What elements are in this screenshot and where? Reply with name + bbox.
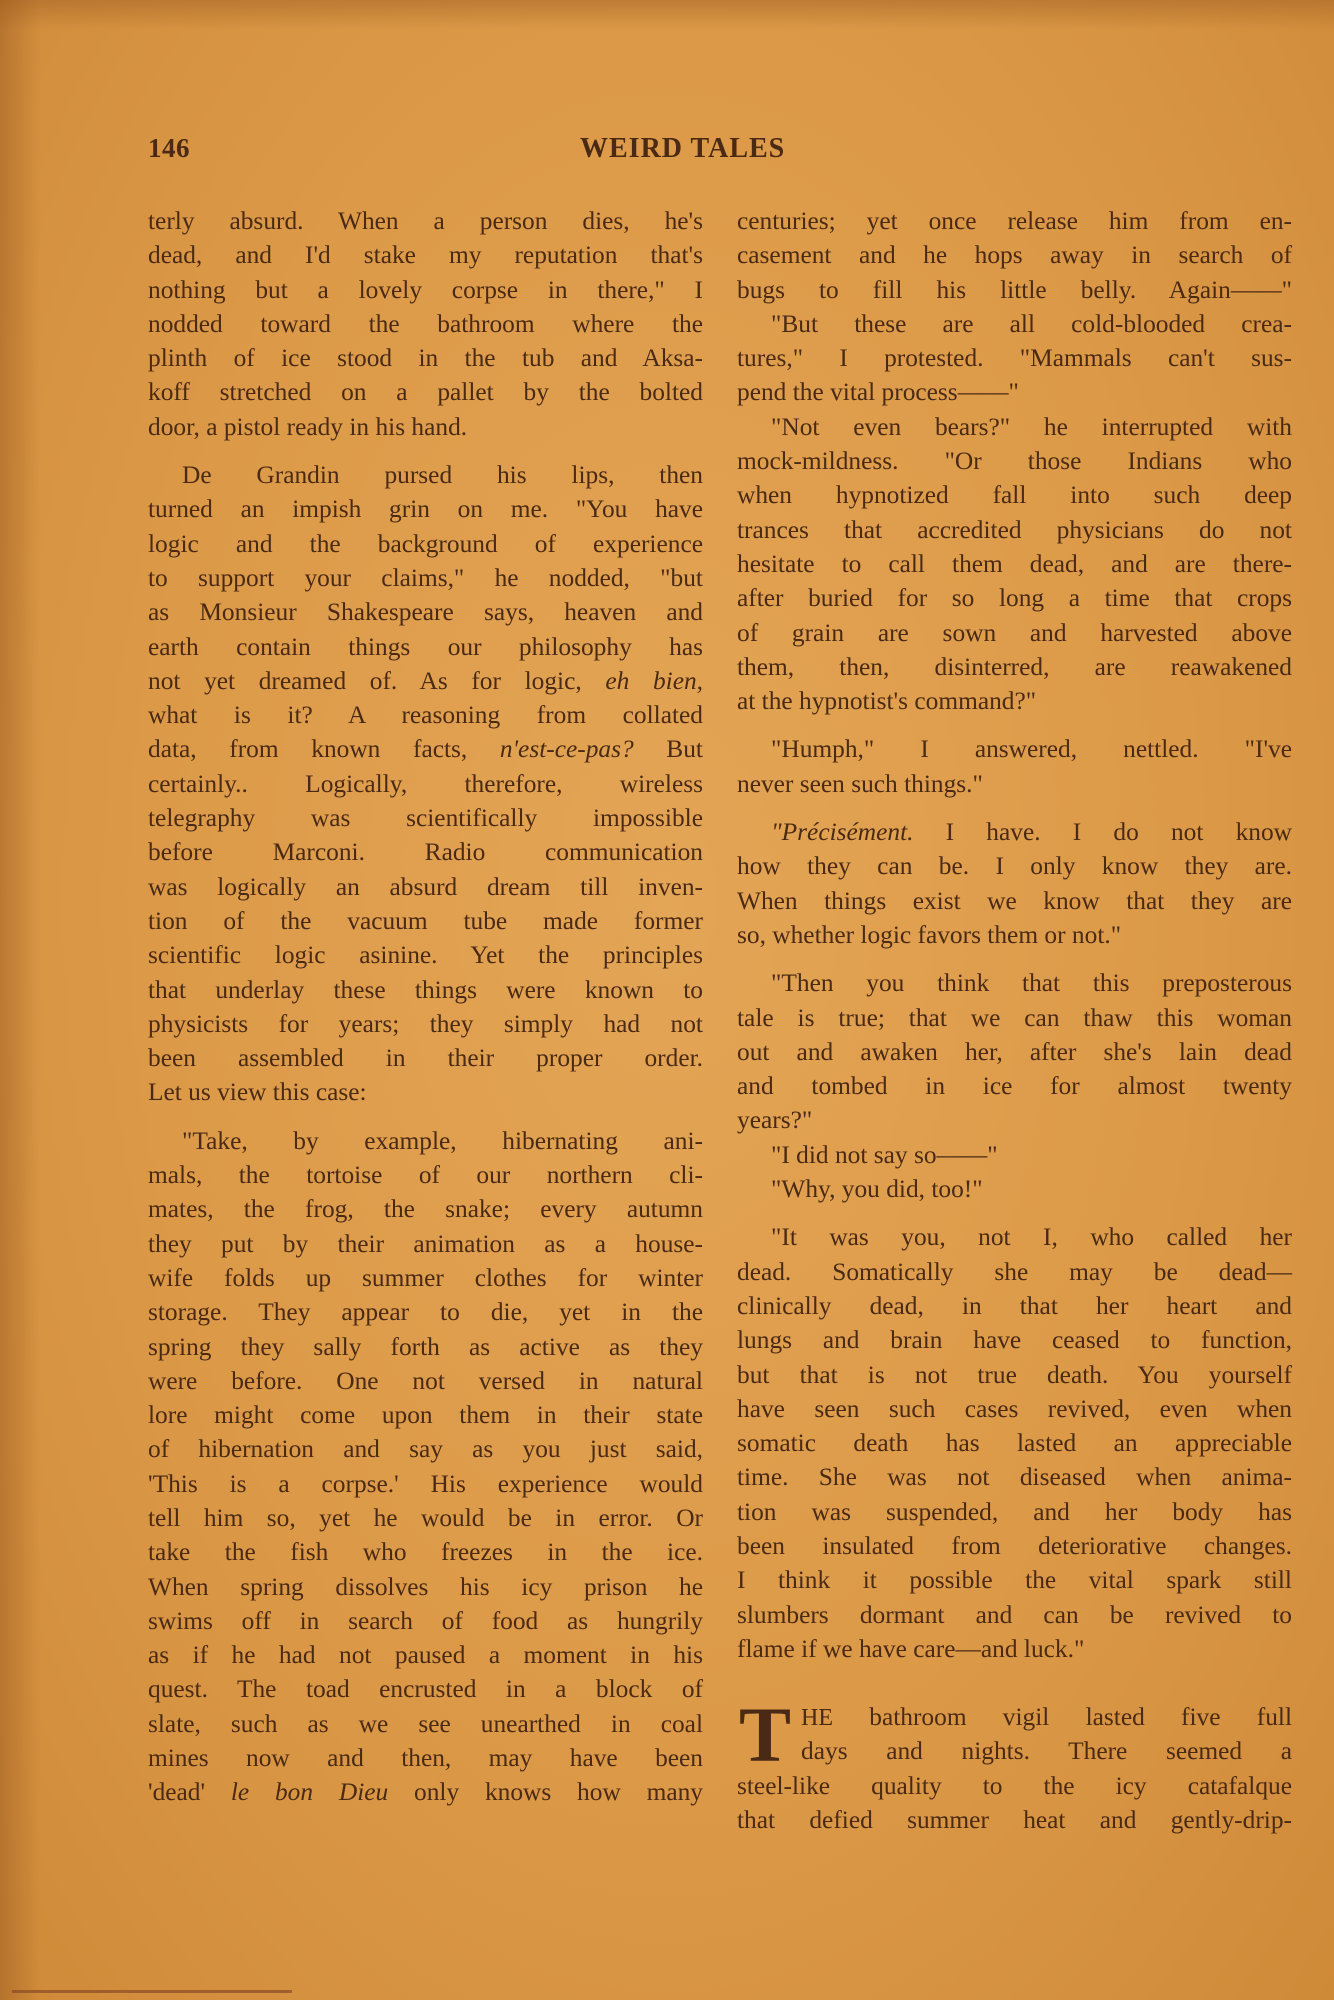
page-edge-shadow-left xyxy=(0,0,40,2000)
text-line: time. She was not diseased when anima- xyxy=(737,1460,1292,1494)
text-line: been assembled in their proper order. xyxy=(148,1041,703,1075)
text-line: but that is not true death. You yourself xyxy=(737,1358,1292,1392)
italic-phrase: le bon Dieu xyxy=(231,1778,388,1806)
text-line: mates, the frog, the snake; every autumn xyxy=(148,1192,703,1226)
text-line: mals, the tortoise of our northern cli- xyxy=(148,1158,703,1192)
text-line: nodded toward the bathroom where the xyxy=(148,307,703,341)
paragraph: "It was you, not I, who called her dead.… xyxy=(737,1220,1292,1666)
text-line: tale is true; that we can thaw this woma… xyxy=(737,1001,1292,1035)
text-line: have seen such cases revived, even when xyxy=(737,1392,1292,1426)
text-line: centuries; yet once release him from en- xyxy=(737,204,1292,238)
paragraph: "But these are all cold-blooded crea- tu… xyxy=(737,307,1292,410)
text-line: somatic death has lasted an appreciable xyxy=(737,1426,1292,1460)
text-line: hesitate to call them dead, and are ther… xyxy=(737,547,1292,581)
text-line: of grain are sown and harvested above xyxy=(737,616,1292,650)
text-line: telegraphy was scientifically impossible xyxy=(148,801,703,835)
text-line: they put by their animation as a house- xyxy=(148,1227,703,1261)
text-line: casement and he hops away in search of xyxy=(737,238,1292,272)
text-line: nothing but a lovely corpse in there," I xyxy=(148,273,703,307)
text-line: "I did not say so——" xyxy=(737,1138,1292,1172)
text-line: scientific logic asinine. Yet the princi… xyxy=(148,938,703,972)
text-line: De Grandin pursed his lips, then xyxy=(148,458,703,492)
text-line: tion of the vacuum tube made former xyxy=(148,904,703,938)
text-line: after buried for so long a time that cro… xyxy=(737,581,1292,615)
text-line: 'This is a corpse.' His experience would xyxy=(148,1467,703,1501)
text-line: data, from known facts, n'est-ce-pas? Bu… xyxy=(148,732,703,766)
text-line: mock-mildness. "Or those Indians who xyxy=(737,444,1292,478)
paragraph: "I did not say so——" xyxy=(737,1138,1292,1172)
text-line: "Take, by example, hibernating ani- xyxy=(148,1124,703,1158)
text-line: bugs to fill his little belly. Again——" xyxy=(737,273,1292,307)
text-line: lungs and brain have ceased to function, xyxy=(737,1323,1292,1357)
text-line: lore might come upon them in their state xyxy=(148,1398,703,1432)
paragraph: terly absurd. When a person dies, he's d… xyxy=(148,204,703,444)
text-line: I think it possible the vital spark stil… xyxy=(737,1563,1292,1597)
text-line: flame if we have care—and luck." xyxy=(737,1632,1292,1666)
text-line: as if he had not paused a moment in his xyxy=(148,1638,703,1672)
text-line: HE bathroom vigil lasted five full xyxy=(737,1700,1292,1734)
text-line: mines now and then, may have been xyxy=(148,1741,703,1775)
text-line: were before. One not versed in natural xyxy=(148,1364,703,1398)
section-paragraph: T HE bathroom vigil lasted five full day… xyxy=(737,1700,1292,1837)
italic-phrase: eh bien, xyxy=(605,667,703,695)
text-line: of hibernation and say as you just said, xyxy=(148,1432,703,1466)
text-line: trances that accredited physicians do no… xyxy=(737,513,1292,547)
text-line: that defied summer heat and gently-drip- xyxy=(737,1803,1292,1837)
italic-phrase: "Précisément. xyxy=(771,818,914,846)
text-line: logic and the background of experience xyxy=(148,527,703,561)
text-line: that underlay these things were known to xyxy=(148,973,703,1007)
text-line: steel-like quality to the icy catafalque xyxy=(737,1769,1292,1803)
paragraph: centuries; yet once release him from en-… xyxy=(737,204,1292,307)
text-line: clinically dead, in that her heart and xyxy=(737,1289,1292,1323)
paragraph: "Take, by example, hibernating ani- mals… xyxy=(148,1124,703,1810)
text-line: tures," I protested. "Mammals can't sus- xyxy=(737,341,1292,375)
text-line: out and awaken her, after she's lain dea… xyxy=(737,1035,1292,1069)
magazine-title: WEIRD TALES xyxy=(580,133,785,165)
paragraph: "Then you think that this preposterous t… xyxy=(737,966,1292,1137)
text-line: take the fish who freezes in the ice. xyxy=(148,1535,703,1569)
text-line: days and nights. There seemed a xyxy=(737,1734,1292,1768)
text-line: "Why, you did, too!" xyxy=(737,1172,1292,1206)
text-line: them, then, disinterred, are reawakened xyxy=(737,650,1292,684)
left-column: terly absurd. When a person dies, he's d… xyxy=(148,204,703,1810)
text-line: when hypnotized fall into such deep xyxy=(737,478,1292,512)
text-line: tion was suspended, and her body has xyxy=(737,1495,1292,1529)
text-line: before Marconi. Radio communication xyxy=(148,835,703,869)
paragraph: "Précisément. I have. I do not know how … xyxy=(737,815,1292,952)
text-line: been insulated from deteriorative change… xyxy=(737,1529,1292,1563)
text-line: so, whether logic favors them or not." xyxy=(737,918,1292,952)
text-line: plinth of ice stood in the tub and Aksa- xyxy=(148,341,703,375)
paragraph: "Not even bears?" he interrupted with mo… xyxy=(737,410,1292,719)
text-line: tell him so, yet he would be in error. O… xyxy=(148,1501,703,1535)
text-line: koff stretched on a pallet by the bolted xyxy=(148,375,703,409)
text-line: physicists for years; they simply had no… xyxy=(148,1007,703,1041)
page-edge-shadow-top xyxy=(0,0,1334,30)
text-line: was logically an absurd dream till inven… xyxy=(148,870,703,904)
drop-cap: T xyxy=(737,1704,791,1768)
italic-phrase: n'est-ce-pas? xyxy=(500,735,634,763)
text-line: dead, and I'd stake my reputation that's xyxy=(148,238,703,272)
text-line: to support your claims," he nodded, "but xyxy=(148,561,703,595)
running-head: 146 WEIRD TALES xyxy=(148,133,1288,173)
text-line: dead. Somatically she may be dead— xyxy=(737,1255,1292,1289)
text-line: "It was you, not I, who called her xyxy=(737,1220,1292,1254)
text-line: terly absurd. When a person dies, he's xyxy=(148,204,703,238)
page-number: 146 xyxy=(148,133,190,164)
text-line: "Humph," I answered, nettled. "I've xyxy=(737,732,1292,766)
paragraph: "Why, you did, too!" xyxy=(737,1172,1292,1206)
text-line: never seen such things." xyxy=(737,767,1292,801)
text-line: wife folds up summer clothes for winter xyxy=(148,1261,703,1295)
page-bottom-rule xyxy=(12,1990,292,1993)
text-line: at the hypnotist's command?" xyxy=(737,684,1292,718)
paragraph: "Humph," I answered, nettled. "I've neve… xyxy=(737,732,1292,801)
text-line: what is it? A reasoning from collated xyxy=(148,698,703,732)
text-line: not yet dreamed of. As for logic, eh bie… xyxy=(148,664,703,698)
text-line: spring they sally forth as active as the… xyxy=(148,1330,703,1364)
text-line: "Précisément. I have. I do not know xyxy=(737,815,1292,849)
text-line: years?" xyxy=(737,1103,1292,1137)
text-line: as Monsieur Shakespeare says, heaven and xyxy=(148,595,703,629)
paragraph: De Grandin pursed his lips, then turned … xyxy=(148,458,703,1110)
text-line: When things exist we know that they are xyxy=(737,884,1292,918)
right-column: centuries; yet once release him from en-… xyxy=(737,204,1292,1837)
text-line: slate, such as we see unearthed in coal xyxy=(148,1707,703,1741)
text-line: door, a pistol ready in his hand. xyxy=(148,410,703,444)
text-line: "Not even bears?" he interrupted with xyxy=(737,410,1292,444)
text-line: quest. The toad encrusted in a block of xyxy=(148,1672,703,1706)
text-line: When spring dissolves his icy prison he xyxy=(148,1570,703,1604)
text-line: turned an impish grin on me. "You have xyxy=(148,492,703,526)
text-line: certainly.. Logically, therefore, wirele… xyxy=(148,767,703,801)
text-line: pend the vital process——" xyxy=(737,375,1292,409)
text-line: earth contain things our philosophy has xyxy=(148,630,703,664)
text-line: 'dead' le bon Dieu only knows how many xyxy=(148,1775,703,1809)
text-line: slumbers dormant and can be revived to xyxy=(737,1598,1292,1632)
text-line: "But these are all cold-blooded crea- xyxy=(737,307,1292,341)
text-line: how they can be. I only know they are. xyxy=(737,849,1292,883)
text-line: storage. They appear to die, yet in the xyxy=(148,1295,703,1329)
text-line: Let us view this case: xyxy=(148,1075,703,1109)
text-line: and tombed in ice for almost twenty xyxy=(737,1069,1292,1103)
text-line: swims off in search of food as hungrily xyxy=(148,1604,703,1638)
text-line: "Then you think that this preposterous xyxy=(737,966,1292,1000)
